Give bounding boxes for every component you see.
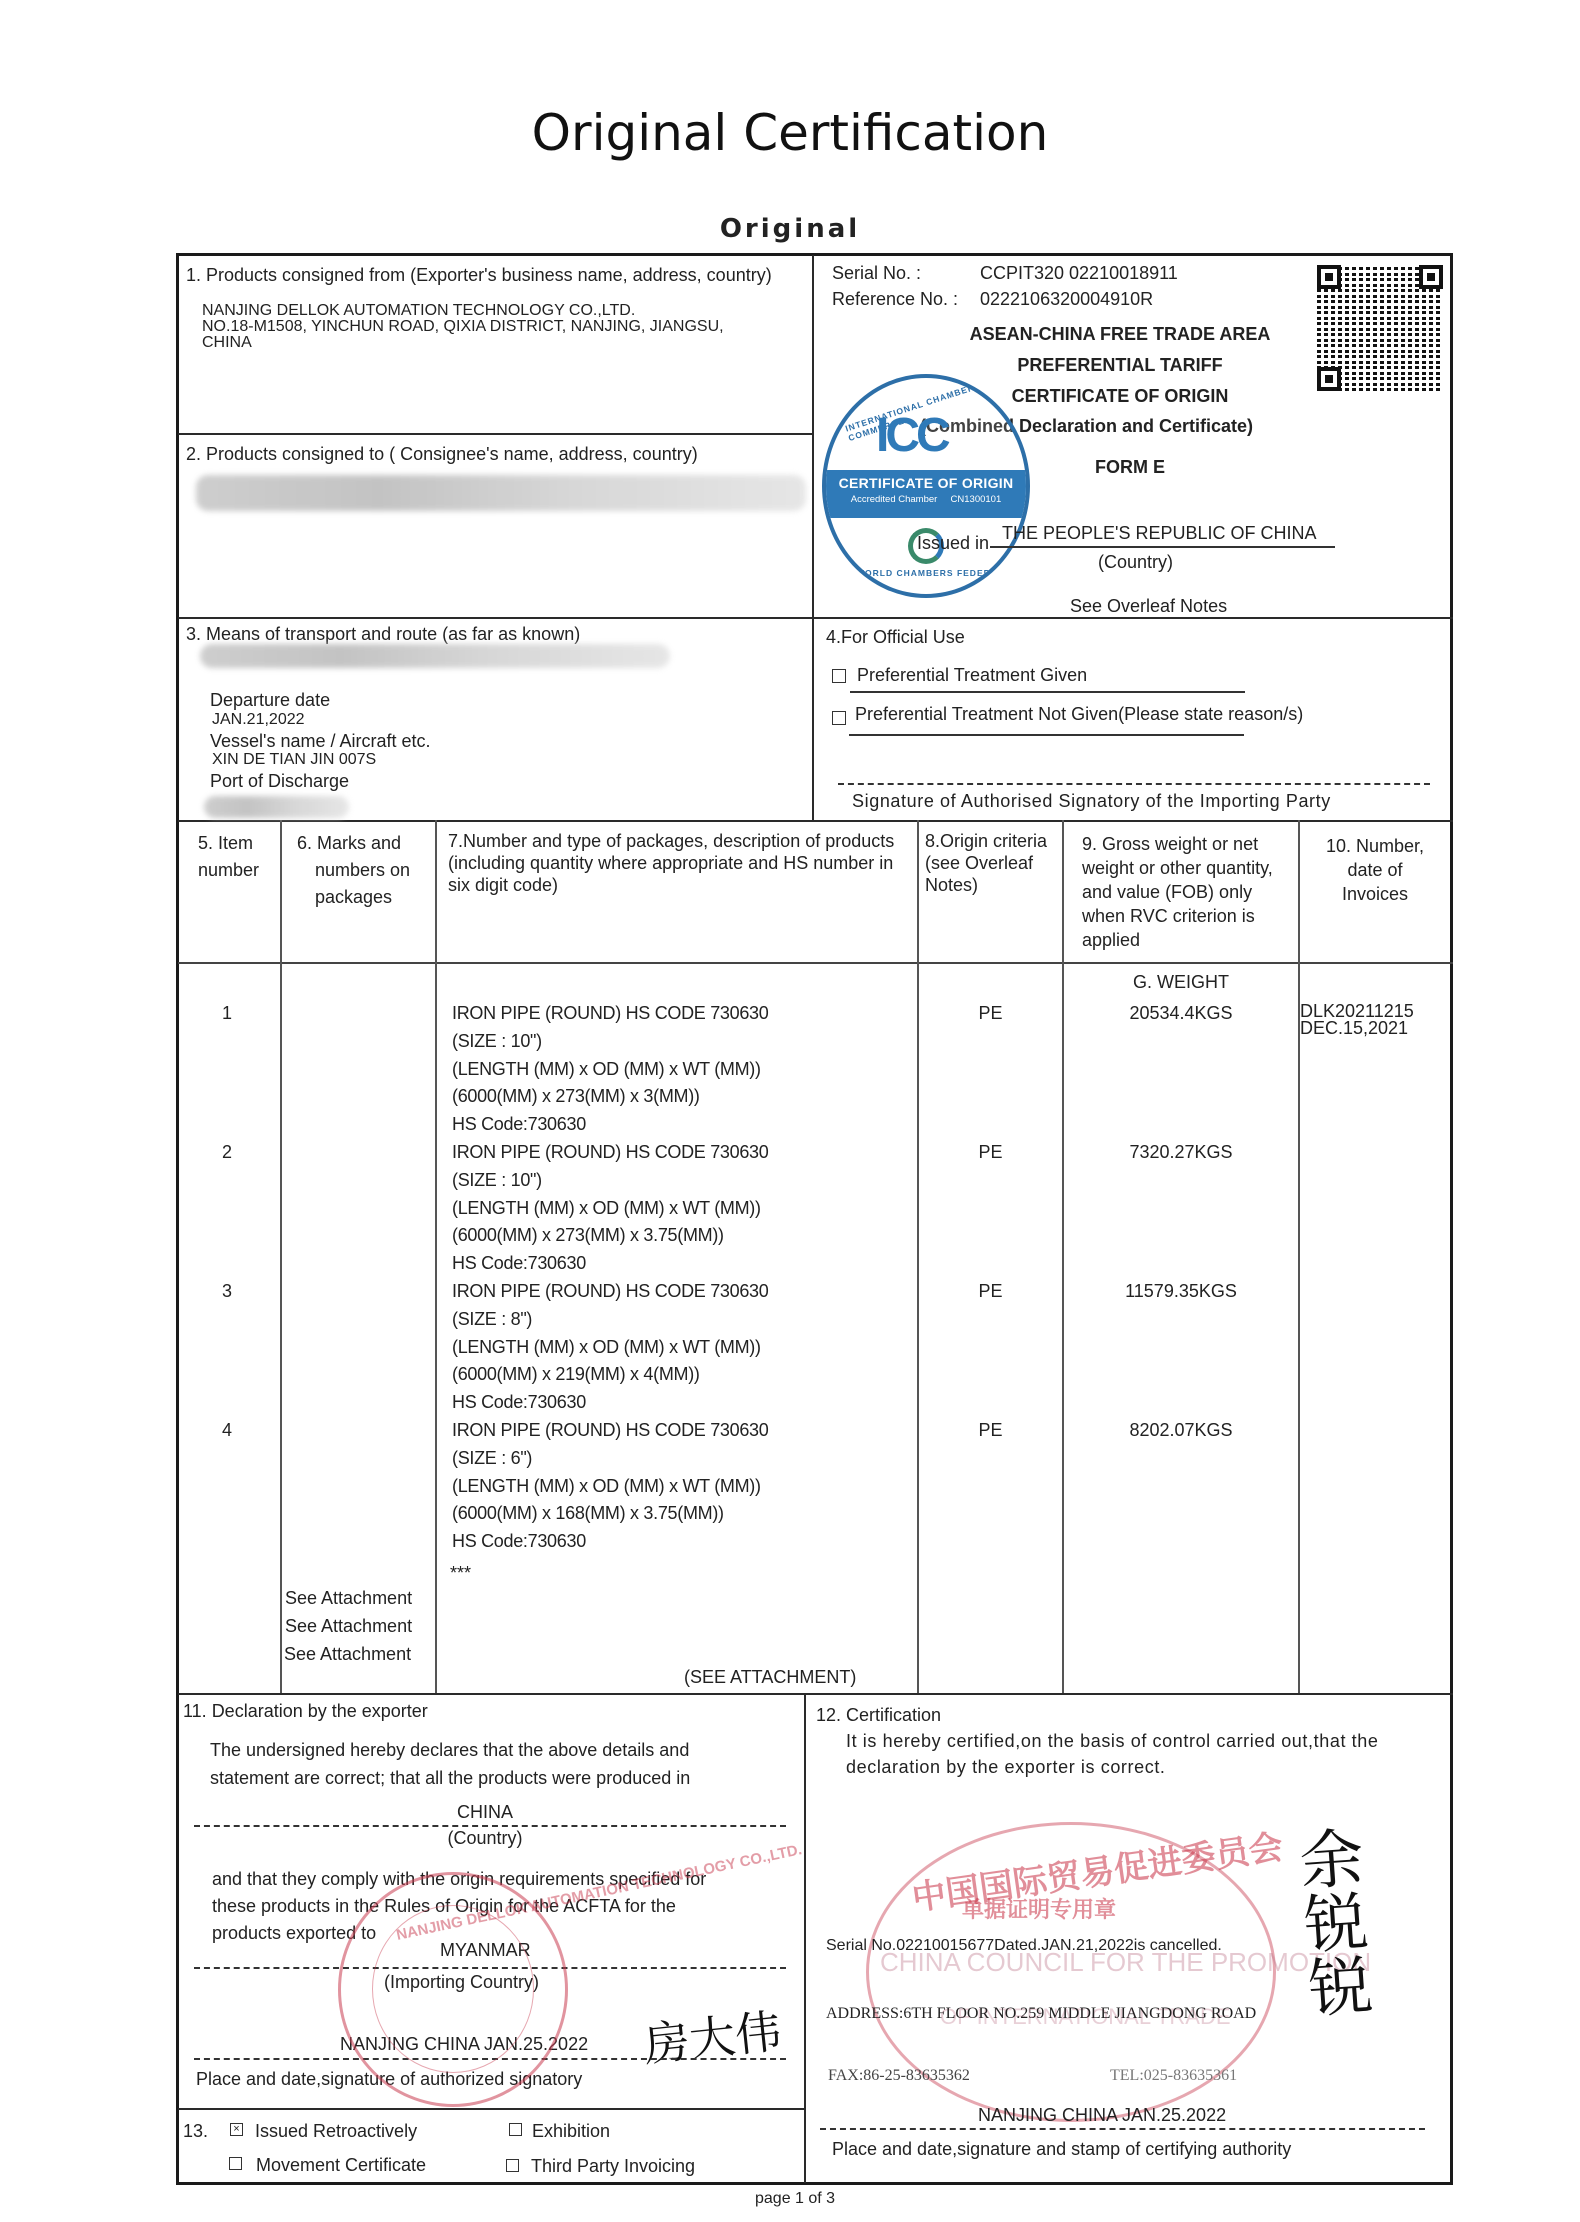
item-description-line: IRON PIPE (ROUND) HS CODE 730630 (452, 1003, 768, 1024)
col7-header-line: (including quantity where appropriate an… (448, 852, 894, 874)
item-description-line: (SIZE : 10") (452, 1170, 542, 1191)
third-party-invoicing-checkbox[interactable] (506, 2159, 519, 2172)
item-description-line: HS Code:730630 (452, 1531, 586, 1552)
col6-header-line: packages (297, 884, 410, 911)
col6-header: 6. Marks and numbers on packages (297, 830, 410, 911)
col5-header-line: 5. Item (198, 830, 259, 857)
overleaf-notes: See Overleaf Notes (1070, 596, 1227, 617)
item-origin-criteria: PE (919, 1420, 1062, 1441)
certifier-place-caption: Place and date,signature and stamp of ce… (832, 2139, 1291, 2160)
item-number: 3 (222, 1281, 232, 1302)
col8-header-line: (see Overleaf (925, 852, 1047, 874)
item-description-line: IRON PIPE (ROUND) HS CODE 730630 (452, 1281, 768, 1302)
exhibition-checkbox[interactable] (509, 2123, 522, 2136)
country-caption: (Country) (1098, 552, 1173, 573)
col10-header-line: 10. Number, (1300, 834, 1450, 858)
col5-header: 5. Item number (198, 830, 259, 884)
importing-signature-caption: Signature of Authorised Signatory of the… (852, 791, 1331, 812)
item-description-line: (6000(MM) x 273(MM) x 3.75(MM)) (452, 1225, 724, 1246)
serial-number: CCPIT320 02210018911 (980, 263, 1178, 284)
title-line-2: PREFERENTIAL TARIFF (900, 355, 1340, 376)
issued-retroactively-checkbox[interactable]: × (230, 2123, 243, 2136)
certifier-signature-line (820, 2128, 1425, 2130)
issued-in-label: Issued in (917, 533, 989, 554)
icc-band: CERTIFICATE OF ORIGIN Accredited Chamber… (826, 470, 1026, 518)
issued-in-country: THE PEOPLE'S REPUBLIC OF CHINA (1002, 523, 1317, 544)
underline (849, 734, 1244, 736)
box2-label: 2. Products consigned to ( Consignee's n… (186, 444, 698, 465)
item-description-line: (LENGTH (MM) x OD (MM) x WT (MM)) (452, 1198, 761, 1219)
divider (178, 433, 812, 435)
col9-header: 9. Gross weight or net weight or other q… (1082, 832, 1273, 952)
qr-finder (1419, 265, 1443, 289)
departure-date: JAN.21,2022 (212, 711, 305, 729)
column-divider (917, 820, 919, 1693)
item-description-line: (6000(MM) x 168(MM) x 3.75(MM)) (452, 1503, 724, 1524)
box4-label: 4.For Official Use (826, 627, 965, 648)
item-gross-weight: 20534.4KGS (1064, 1003, 1298, 1024)
underline (990, 546, 1335, 548)
declaration-text: statement are correct; that all the prod… (210, 1768, 690, 1789)
col8-header-line: 8.Origin criteria (925, 830, 1047, 852)
reference-number: 0222106320004910R (980, 289, 1153, 310)
divider (178, 820, 1453, 822)
divider (178, 617, 1453, 619)
item-origin-criteria: PE (919, 1003, 1062, 1024)
box13-number: 13. (183, 2121, 208, 2142)
item-description-line: HS Code:730630 (452, 1392, 586, 1413)
invoice-info: DLK20211215 DEC.15,2021 (1300, 1003, 1414, 1037)
redacted-consignee (196, 475, 806, 511)
movement-certificate-label: Movement Certificate (256, 2155, 426, 2176)
item-origin-criteria: PE (919, 1281, 1062, 1302)
item-description-line: (6000(MM) x 219(MM) x 4(MM)) (452, 1364, 700, 1385)
item-description-line: HS Code:730630 (452, 1114, 586, 1135)
page-title: Original Certification (0, 104, 1580, 162)
item-number: 1 (222, 1003, 232, 1024)
item-description-line: (SIZE : 6") (452, 1448, 532, 1469)
col9-header-line: weight or other quantity, (1082, 856, 1273, 880)
certifier-place-date: NANJING CHINA JAN.25.2022 (978, 2105, 1226, 2126)
exhibition-label: Exhibition (532, 2121, 610, 2142)
ccpit-fax: FAX:86-25-83635362 (828, 2067, 970, 2085)
item-description-line: (LENGTH (MM) x OD (MM) x WT (MM)) (452, 1476, 761, 1497)
redacted-port (204, 796, 349, 818)
column-divider (435, 820, 437, 1693)
ccpit-tel: TEL:025-83635361 (1110, 2067, 1237, 2085)
reference-label: Reference No. : (832, 289, 958, 310)
preferential-given-checkbox[interactable] (832, 669, 846, 683)
icc-band-sub: Accredited Chamber CN1300101 (826, 494, 1026, 505)
col10-header-line: Invoices (1300, 882, 1450, 906)
divider (178, 2108, 804, 2110)
ccpit-address: ADDRESS:6TH FLOOR NO.259 MIDDLE JIANGDON… (826, 2005, 1256, 2023)
vessel-name: XIN DE TIAN JIN 007S (212, 751, 376, 769)
cancel-note: Serial No.02210015677Dated.JAN.21,2022is… (826, 1937, 1222, 1955)
icc-code: CN1300101 (951, 494, 1002, 505)
country-caption: (Country) (380, 1828, 590, 1849)
item-description-line: (SIZE : 10") (452, 1031, 542, 1052)
col6-header-line: numbers on (297, 857, 410, 884)
certification-text: declaration by the exporter is correct. (846, 1757, 1166, 1778)
preferential-not-given-label: Preferential Treatment Not Given(Please … (855, 704, 1303, 725)
column-divider (1062, 820, 1064, 1693)
item-description-line: IRON PIPE (ROUND) HS CODE 730630 (452, 1142, 768, 1163)
icc-stamp: INTERNATIONAL CHAMBER OF COMMERCE ICC CE… (822, 374, 1030, 598)
marks-line: See Attachment (285, 1616, 412, 1637)
col7-header-line: six digit code) (448, 874, 894, 896)
issued-retroactively-label: Issued Retroactively (255, 2121, 417, 2142)
marks-line: See Attachment (285, 1588, 412, 1609)
item-gross-weight: 11579.35KGS (1064, 1281, 1298, 1302)
col9-header-line: 9. Gross weight or net (1082, 832, 1273, 856)
third-party-invoicing-label: Third Party Invoicing (531, 2156, 695, 2177)
icc-ring-bottom: WORLD CHAMBERS FEDERATION (856, 568, 1022, 578)
col9-header-line: and value (FOB) only (1082, 880, 1273, 904)
col10-header: 10. Number, date of Invoices (1300, 834, 1450, 906)
col8-header-line: Notes) (925, 874, 1047, 896)
end-marker: *** (450, 1563, 471, 1584)
underline (850, 691, 1245, 693)
col5-header-line: number (198, 857, 259, 884)
title-line-1: ASEAN-CHINA FREE TRADE AREA (900, 324, 1340, 345)
icc-accredited: Accredited Chamber (851, 494, 938, 505)
see-attachment-note: (SEE ATTACHMENT) (684, 1667, 856, 1688)
col7-header-line: 7.Number and type of packages, descripti… (448, 830, 894, 852)
vessel-label: Vessel's name / Aircraft etc. (210, 731, 431, 752)
col6-header-line: 6. Marks and (297, 830, 410, 857)
certification-text: It is hereby certified,on the basis of c… (846, 1731, 1378, 1752)
col9-header-line: applied (1082, 928, 1273, 952)
item-description-line: (SIZE : 8") (452, 1309, 532, 1330)
column-divider (280, 820, 282, 1693)
item-origin-criteria: PE (919, 1142, 1062, 1163)
serial-label: Serial No. : (832, 263, 921, 284)
divider (812, 255, 814, 822)
col7-header: 7.Number and type of packages, descripti… (448, 830, 894, 896)
exporter-address: NO.18-M1508, YINCHUN ROAD, QIXIA DISTRIC… (202, 318, 724, 336)
preferential-not-given-checkbox[interactable] (832, 711, 846, 725)
marks-line: See Attachment (284, 1644, 411, 1665)
item-gross-weight: 7320.27KGS (1064, 1142, 1298, 1163)
item-gross-weight: 8202.07KGS (1064, 1420, 1298, 1441)
port-label: Port of Discharge (210, 771, 349, 792)
copy-label: Original (0, 214, 1580, 244)
box1-label: 1. Products consigned from (Exporter's b… (186, 265, 772, 286)
ccpit-stamp-cn-2: 单据证明专用章 (962, 1893, 1116, 1924)
icc-logo: ICC (876, 408, 947, 463)
item-description-line: (LENGTH (MM) x OD (MM) x WT (MM)) (452, 1337, 761, 1358)
producing-country: CHINA (380, 1802, 590, 1823)
col9-header-line: when RVC criterion is (1082, 904, 1273, 928)
divider (178, 962, 1453, 964)
item-number: 2 (222, 1142, 232, 1163)
weight-header: G. WEIGHT (1064, 972, 1298, 993)
movement-certificate-checkbox[interactable] (229, 2157, 242, 2170)
invoice-date: DEC.15,2021 (1300, 1020, 1414, 1037)
divider (804, 1693, 806, 2183)
certifier-signature: 余锐锐 (1288, 1824, 1371, 2020)
column-divider (1298, 820, 1300, 1693)
item-description-line: (6000(MM) x 273(MM) x 3(MM)) (452, 1086, 700, 1107)
col8-header: 8.Origin criteria (see Overleaf Notes) (925, 830, 1047, 896)
preferential-given-label: Preferential Treatment Given (857, 665, 1087, 686)
item-description-line: HS Code:730630 (452, 1253, 586, 1274)
box11-label: 11. Declaration by the exporter (183, 1701, 428, 1722)
exporter-country: CHINA (202, 334, 252, 352)
item-description-line: (LENGTH (MM) x OD (MM) x WT (MM)) (452, 1059, 761, 1080)
page-indicator: page 1 of 3 (755, 2190, 835, 2208)
signature-line (838, 783, 1430, 785)
box3-label: 3. Means of transport and route (as far … (186, 624, 580, 645)
country-line (194, 1825, 786, 1827)
icc-band-title: CERTIFICATE OF ORIGIN (826, 475, 1026, 491)
departure-label: Departure date (210, 690, 330, 711)
box12-label: 12. Certification (816, 1705, 941, 1726)
divider (178, 1693, 1453, 1695)
col10-header-line: date of (1300, 858, 1450, 882)
item-number: 4 (222, 1420, 232, 1441)
qr-finder (1317, 265, 1341, 289)
item-description-line: IRON PIPE (ROUND) HS CODE 730630 (452, 1420, 768, 1441)
redacted-route (200, 644, 670, 668)
declaration-text: The undersigned hereby declares that the… (210, 1740, 689, 1761)
